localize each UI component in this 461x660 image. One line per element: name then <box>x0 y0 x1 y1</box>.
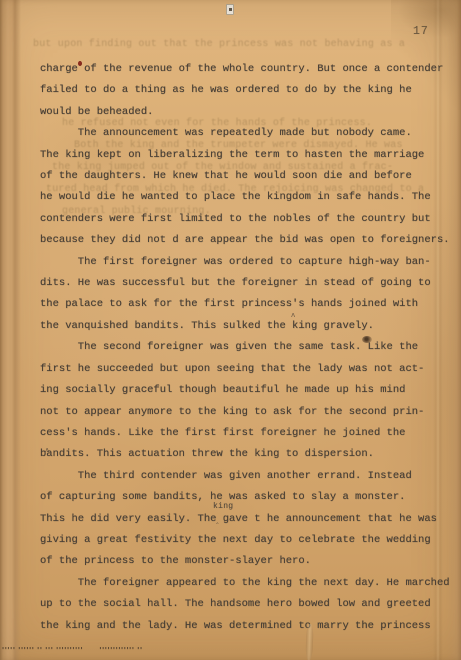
text-line: contenders were first limited to the nob… <box>40 209 458 230</box>
text-line: the vanquished bandits. This sulked the … <box>40 316 458 337</box>
text-line: bandits. This actuation threw the king t… <box>40 444 458 465</box>
text-line: The announcement was repeatedly made but… <box>40 123 458 144</box>
insertion-caret: ‸ <box>216 517 219 524</box>
text-line: giving a great festivity the next day to… <box>40 530 458 551</box>
bleed-through-line: but upon finding out that the princess w… <box>33 39 405 50</box>
text-line: The first foreigner was ordered to captu… <box>40 252 458 273</box>
text-line: of capturing some bandits, he was asked … <box>40 487 458 508</box>
page-number: 17 <box>413 25 429 38</box>
ink-blot <box>362 336 372 343</box>
caret-mark: ʌ <box>291 313 295 320</box>
text-line: not to appear anymore to the king to ask… <box>40 402 458 423</box>
text-line: The foreigner appeared to the king the n… <box>40 573 458 594</box>
text-line: the king and the lady. He was determined… <box>40 616 458 637</box>
text-line: first he succeeded but upon seeing that … <box>40 359 458 380</box>
staple-dot <box>229 8 232 11</box>
scanned-page: 17 but upon finding out that the princes… <box>0 0 461 660</box>
text-line: The king kept on liberalizing the term t… <box>40 145 458 166</box>
text-line: charge of the revenue of the whole count… <box>40 59 458 80</box>
text-line: The third contender was given another er… <box>40 466 458 487</box>
text-line: would be beheaded. <box>40 102 458 123</box>
staple-hole <box>226 4 234 15</box>
text-line: ing socially graceful though beautiful h… <box>40 380 458 401</box>
text-line: up to the social hall. The handsome hero… <box>40 594 458 615</box>
text-line: This he did very easily. The gave t he a… <box>40 509 458 530</box>
bottom-crease <box>305 624 313 660</box>
text-line: dits. He was successful but the foreigne… <box>40 273 458 294</box>
text-line: the palace to ask for the first princess… <box>40 294 458 315</box>
caret-mark: ʌ <box>45 448 49 455</box>
archive-stamp-microtext: ▮▮▮▮▮ ▮▮▮▮▮▮ ▮▮ ▮▮▮ ▮▮▮▮▮▮▮▮▮▮ ▮▮▮▮▮▮▮▮▮… <box>2 646 143 651</box>
text-line: failed to do a thing as he was ordered t… <box>40 80 458 101</box>
ink-dot <box>78 61 82 66</box>
inserted-word-king: king <box>213 502 233 511</box>
text-line: of the daughters. He knew that he would … <box>40 166 458 187</box>
page-left-edge <box>0 0 21 660</box>
text-line: cess's hands. Like the first first forei… <box>40 423 458 444</box>
text-line: of the princess to the monster-slayer he… <box>40 551 458 572</box>
text-line: because they did not d are appear the bi… <box>40 230 458 251</box>
text-line: The second foreigner was given the same … <box>40 337 458 358</box>
text-line: he would die he wanted to place the king… <box>40 187 458 208</box>
typed-text-block: charge of the revenue of the whole count… <box>40 59 458 637</box>
